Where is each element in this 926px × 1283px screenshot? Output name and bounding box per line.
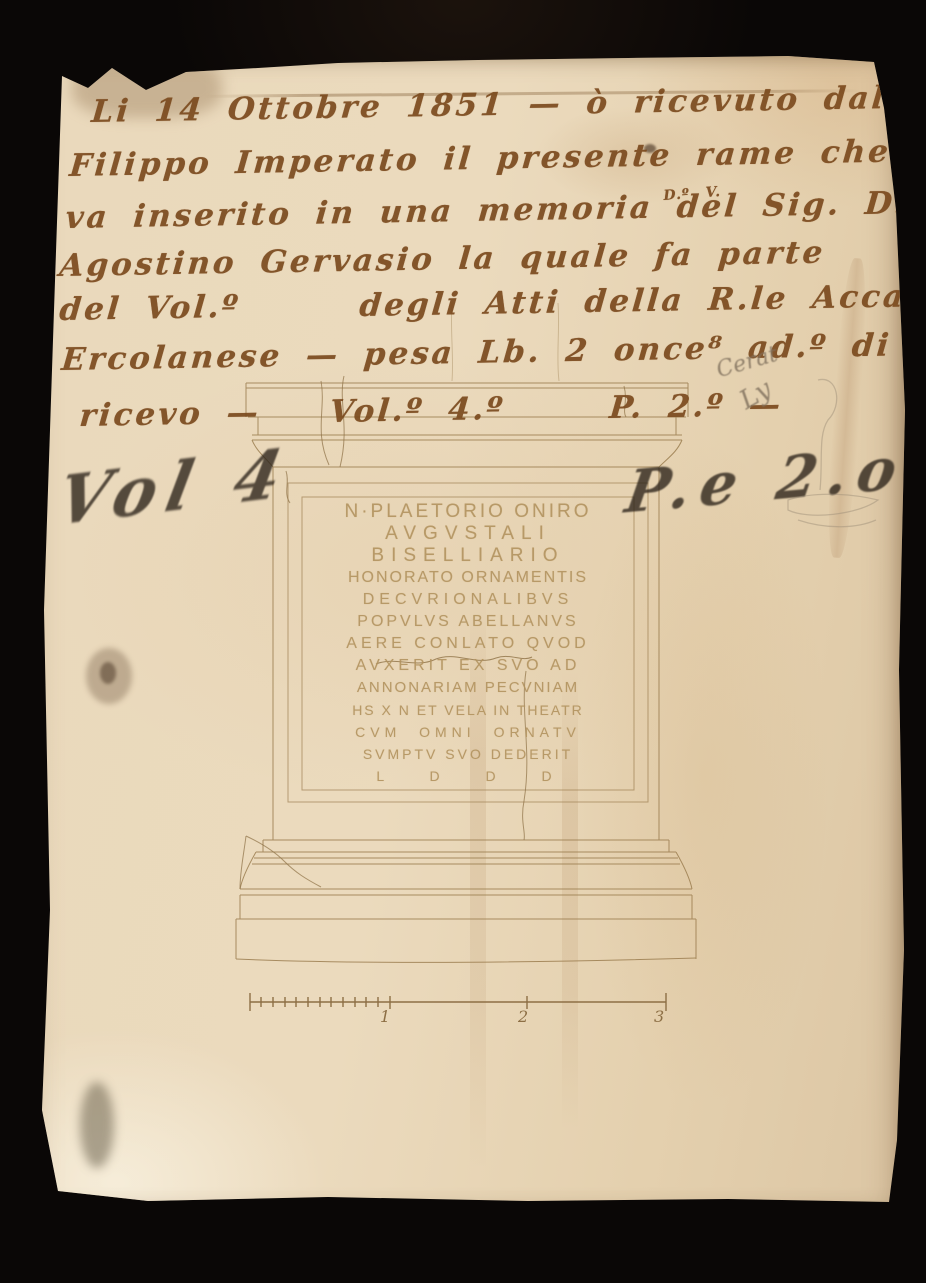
inscription-line: ANNONARIAM PECVNIAM [302,677,634,699]
handwriting-line-2: Filippo Imperato il presente rame che [68,134,893,184]
handwriting-line-3: va inserito in una memoria del Sig. D. [64,185,909,236]
inscription-line: HONORATO ORNAMENTIS [302,567,634,589]
inscription-line: DECVRIONALIBVS [302,589,634,611]
inscription-line: AVXERIT EX SVO AD [302,655,634,677]
inscription-line: AERE CONLATO QVOD [302,633,634,655]
inscription-line: AVGVSTALI [302,523,634,545]
scale-label: 1 [380,1007,390,1026]
handwriting-line-4: Agostino Gervasio la quale fa parte [58,235,827,284]
inscription-line: CVM OMNI ORNATV [302,721,634,743]
parchment-sheet: N·PLAETORIO ONIRO AVGVSTALI BISELLIARIO … [28,50,906,1218]
inscription-line: POPVLVS ABELLANVS [302,611,634,633]
inscription-line: BISELLIARIO [302,545,634,567]
inscription-line: SVMPTV SVO DEDERIT [302,743,634,765]
handwriting-line-7a: ricevo — [78,395,262,434]
engraved-pedestal-figure: N·PLAETORIO ONIRO AVGVSTALI BISELLIARIO … [226,331,706,1073]
inscription-line: L D D D [302,765,634,787]
handwriting-line-7b: Vol.º 4.º [328,391,507,430]
handwriting-line-1: Li 14 Ottobre 1851 — ò ricevuto dal Sig [90,79,926,130]
photograph: N·PLAETORIO ONIRO AVGVSTALI BISELLIARIO … [0,0,926,1283]
edge-smudge [80,1082,114,1168]
scale-label: 3 [654,1007,664,1026]
inscription-line: HS X N ET VELA IN THEATR [302,699,634,721]
inscription-line: N·PLAETORIO ONIRO [302,501,634,523]
ink-blot-stain [86,648,132,704]
scale-label: 2 [518,1007,528,1026]
ink-blot-stain [100,662,116,684]
scale-bar [250,993,666,1011]
latin-inscription: N·PLAETORIO ONIRO AVGVSTALI BISELLIARIO … [302,501,634,787]
handwriting-line-5a: del Vol.º [58,289,242,328]
faint-pencil-sketch [758,350,898,570]
